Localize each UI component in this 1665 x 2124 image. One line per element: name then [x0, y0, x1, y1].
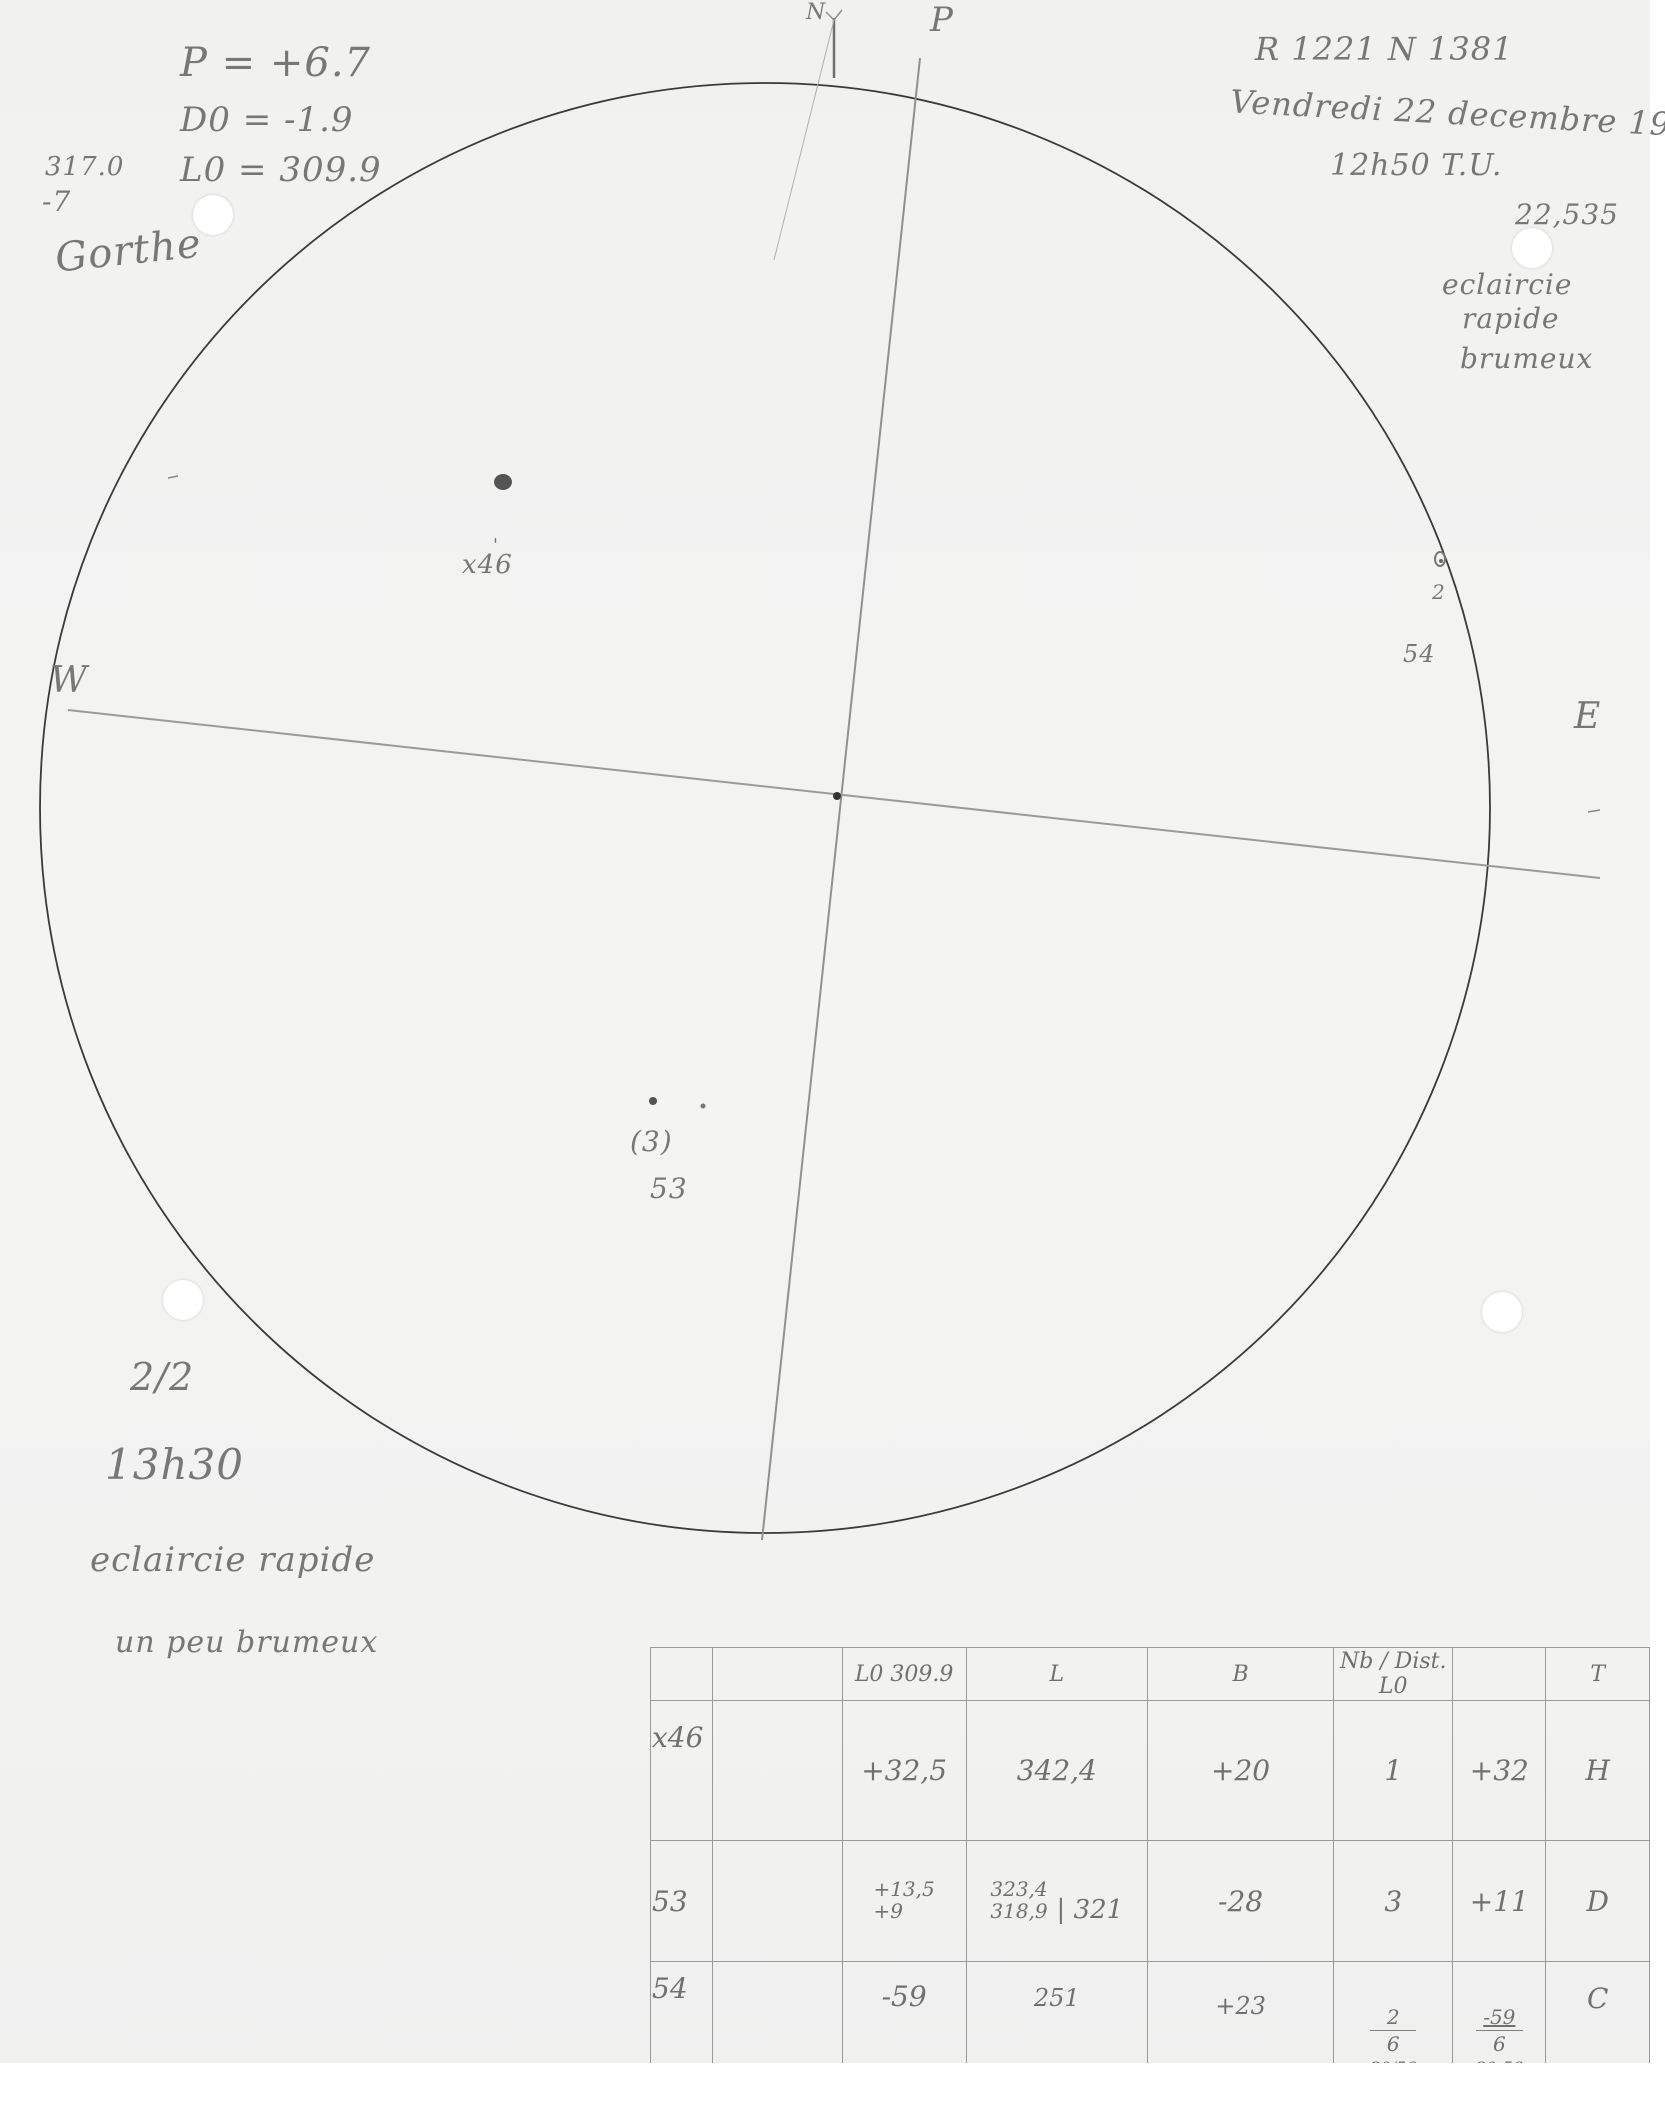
cell-delta-l: +13,5 +9 — [842, 1841, 966, 1962]
sunspot-53-a — [649, 1097, 657, 1105]
header-count-dist: Nb / Dist. L0 — [1334, 1648, 1453, 1701]
sky-condition-1: eclaircie — [1442, 268, 1572, 301]
cell-group: x46 — [651, 1701, 713, 1841]
time-line: 12h50 T.U. — [1330, 148, 1502, 183]
sunspot-label-54: 54 — [1403, 640, 1436, 668]
cell-dist: +32 — [1453, 1701, 1546, 1841]
cell-b: +20 — [1147, 1701, 1333, 1841]
cell-count: 3 — [1334, 1841, 1453, 1962]
cell-count: 1 — [1334, 1701, 1453, 1841]
punch-hole — [1482, 1292, 1522, 1332]
second-obs-note-2: un peu brumeux — [115, 1625, 378, 1660]
sunspot-54 — [1435, 552, 1445, 566]
pole-label: P — [930, 0, 954, 40]
second-obs-note-1: eclaircie rapide — [90, 1540, 375, 1580]
sunspot-measurement-table: L0 309.9 L B Nb / Dist. L0 T x46 +32,5 3… — [650, 1647, 1650, 2123]
ephemeris-d0: D0 = -1.9 — [180, 100, 354, 140]
ephemeris-p: P = +6.7 — [180, 40, 371, 86]
cell-delta-l: +32,5 — [842, 1701, 966, 1841]
cell-type: H — [1546, 1701, 1650, 1841]
north-label: N — [806, 0, 826, 25]
rotation-info: R 1221 N 1381 — [1255, 30, 1513, 68]
cell-blank — [713, 1701, 842, 1841]
punch-hole — [1512, 228, 1552, 268]
cell-type: D — [1546, 1841, 1650, 1962]
west-label: W — [50, 660, 88, 701]
header-l: L — [966, 1648, 1147, 1701]
pole-axis-line — [762, 58, 920, 1540]
header-blank — [713, 1648, 842, 1701]
sunspot-label-46: x46 — [462, 550, 513, 580]
sunspot-label-53: 53 — [650, 1172, 688, 1205]
sunspot-46-mark: ' — [493, 535, 499, 556]
header-group — [651, 1648, 713, 1701]
decimal-time: 22,535 — [1515, 198, 1619, 231]
l-mean: 321 — [1074, 1895, 1124, 1925]
cell-dist: +11 — [1453, 1841, 1546, 1962]
second-obs-fraction: 2/2 — [130, 1355, 194, 1399]
delta-l-value-1: +13,5 — [873, 1877, 934, 1901]
second-obs-time: 13h30 — [105, 1440, 244, 1489]
table-row: 53 +13,5 +9 323,4 318,9 | 321 -28 3 +11 … — [651, 1841, 1650, 1962]
header-b: B — [1147, 1648, 1333, 1701]
cell-l: 323,4 318,9 | 321 — [966, 1841, 1147, 1962]
margin-calc-bottom: -7 — [42, 185, 71, 218]
margin-calc-top: 317.0 — [45, 152, 124, 182]
disk-center-dot — [833, 792, 841, 800]
east-label: E — [1574, 696, 1601, 737]
count-denominator: 6 — [1387, 2032, 1400, 2056]
cell-l: 342,4 — [966, 1701, 1147, 1841]
ephemeris-l0: L0 = 309.9 — [180, 150, 382, 190]
solar-disk-outline — [40, 83, 1490, 1533]
sunspot-54-count: 2 — [1432, 580, 1446, 604]
dist-denominator: 6 — [1493, 2032, 1506, 2056]
l-value-2: 318,9 — [990, 1899, 1047, 1923]
table-row: x46 +32,5 342,4 +20 1 +32 H — [651, 1701, 1650, 1841]
sky-condition-3: brumeux — [1460, 342, 1593, 375]
count-numerator: 2 — [1387, 2005, 1400, 2029]
cell-b: -28 — [1147, 1841, 1333, 1962]
header-type: T — [1546, 1648, 1650, 1701]
delta-l-value-2: +9 — [873, 1899, 902, 1923]
header-dist — [1453, 1648, 1546, 1701]
cell-blank — [713, 1841, 842, 1962]
sunspot-46 — [494, 474, 512, 490]
table-header-row: L0 309.9 L B Nb / Dist. L0 T — [651, 1648, 1650, 1701]
punch-hole — [163, 1280, 203, 1320]
scan-margin-bottom — [0, 2063, 1665, 2124]
dist-numerator: -59 — [1483, 2005, 1515, 2029]
cell-group: 53 — [651, 1841, 713, 1962]
header-delta-l: L0 309.9 — [842, 1648, 966, 1701]
sunspot-53-count: (3) — [630, 1125, 673, 1158]
sky-condition-2: rapide — [1462, 302, 1559, 335]
sunspot-53-b — [701, 1104, 706, 1109]
l-value-1: 323,4 — [990, 1877, 1047, 1901]
